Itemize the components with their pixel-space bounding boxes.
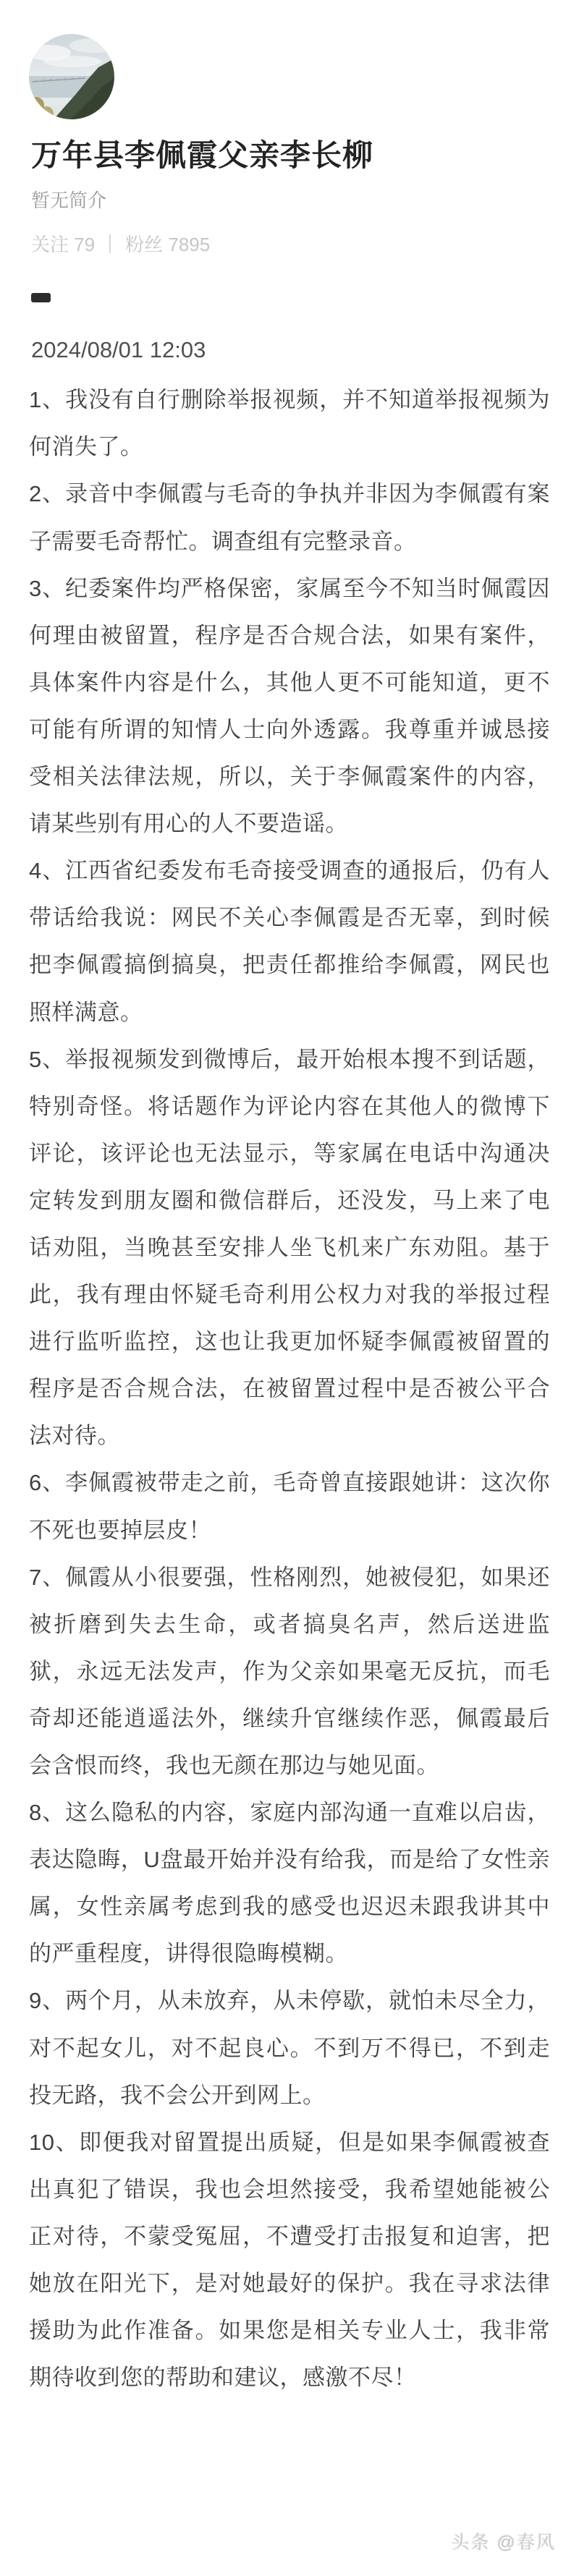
avatar[interactable] [29,34,114,119]
following-count[interactable]: 关注 79 [31,230,95,257]
post-body: 1、我没有自行删除举报视频，并不知道举报视频为何消失了。 2、录音中李佩霞与毛奇… [29,376,550,2401]
profile-bio: 暂无简介 [31,186,550,213]
landscape-photo-icon [29,34,114,119]
profile-name: 万年县李佩霞父亲李长柳 [31,138,550,173]
post-paragraph: 3、纪委案件均严格保密，家属至今不知当时佩霞因何理由被留置，程序是否合规合法，如… [29,565,550,848]
followers-count[interactable]: 粉丝 7895 [125,230,210,257]
post-paragraph: 7、佩霞从小很要强，性格刚烈，她被侵犯，如果还被折磨到失去生命，或者搞臭名声，然… [29,1554,550,1789]
post-paragraph: 1、我没有自行删除举报视频，并不知道举报视频为何消失了。 [29,376,550,470]
post-paragraph: 5、举报视频发到微博后，最开始根本搜不到话题，特别奇怪。将话题作为评论内容在其他… [29,1036,550,1460]
profile-stats: 关注 79 粉丝 7895 [31,230,550,257]
post-paragraph: 10、即便我对留置提出质疑，但是如果李佩霞被查出真犯了错误，我也会坦然接受，我希… [29,2119,550,2402]
post-paragraph: 2、录音中李佩霞与毛奇的争执并非因为李佩霞有案子需要毛奇帮忙。调查组有完整录音。 [29,470,550,564]
stats-divider [109,234,111,253]
post-paragraph: 9、两个月，从未放弃，从未停歇，就怕未尽全力，对不起女儿，对不起良心。不到万不得… [29,1977,550,2118]
post-paragraph: 8、这么隐私的内容，家庭内部沟通一直难以启齿，表达隐晦，U盘最开始并没有给我，而… [29,1789,550,1977]
dash-icon [31,293,51,302]
toutiao-watermark: 头条 @春风 [452,2528,556,2554]
post-timestamp: 2024/08/01 12:03 [31,337,550,363]
post: 2024/08/01 12:03 1、我没有自行删除举报视频，并不知道举报视频为… [29,337,550,2401]
post-paragraph: 6、李佩霞被带走之前，毛奇曾直接跟她讲：这次你不死也要掉层皮！ [29,1459,550,1553]
post-paragraph: 4、江西省纪委发布毛奇接受调查的通报后，仍有人带话给我说：网民不关心李佩霞是否无… [29,847,550,1035]
profile-header: 万年县李佩霞父亲李长柳 暂无简介 关注 79 粉丝 7895 [29,34,550,257]
profile-post-page: 万年县李佩霞父亲李长柳 暂无简介 关注 79 粉丝 7895 2024/08/0… [0,0,579,2576]
